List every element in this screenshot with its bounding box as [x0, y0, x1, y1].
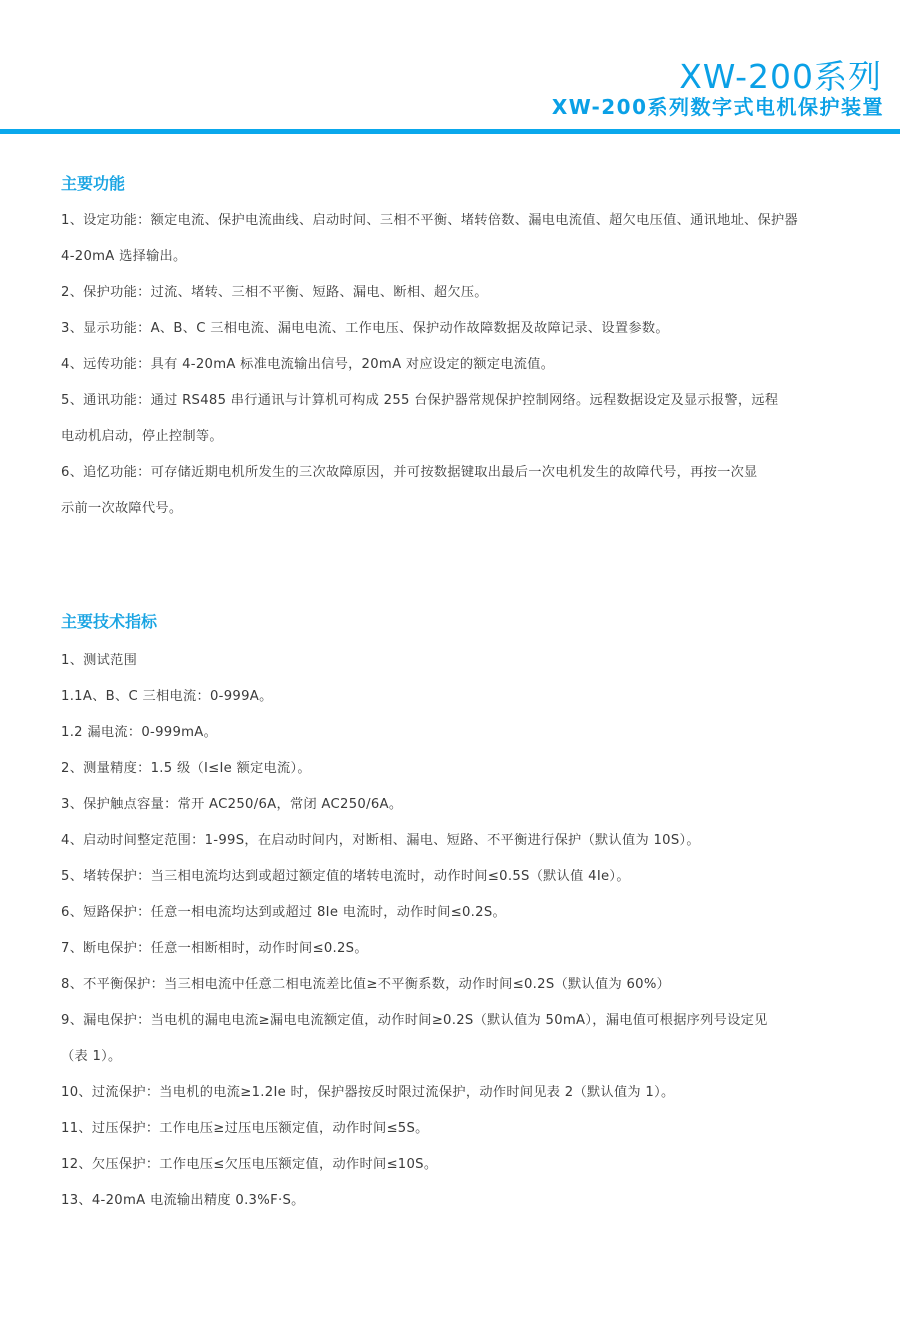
spec-line: （表 1）。 — [61, 1039, 887, 1075]
spec-line: 7、断电保护：任意一相断相时，动作时间≤0.2S。 — [61, 931, 887, 967]
product-subtitle: XW-200系列数字式电机保护装置 — [552, 94, 884, 120]
spec-line: 2、测量精度：1.5 级（I≤Ie 额定电流）。 — [61, 751, 887, 787]
section-title-functions: 主要功能 — [61, 173, 125, 195]
spec-line: 12、欠压保护：工作电压≤欠压电压额定值，动作时间≤10S。 — [61, 1147, 887, 1183]
spec-line: 4、启动时间整定范围：1-99S，在启动时间内，对断相、漏电、短路、不平衡进行保… — [61, 823, 887, 859]
text-line: 4-20mA 选择输出。 — [61, 239, 887, 275]
section-title-specs: 主要技术指标 — [61, 611, 157, 633]
spec-line: 3、保护触点容量：常开 AC250/6A，常闭 AC250/6A。 — [61, 787, 887, 823]
spec-line: 1.1A、B、C 三相电流：0-999A。 — [61, 679, 887, 715]
specs-text: 1、测试范围 1.1A、B、C 三相电流：0-999A。 1.2 漏电流：0-9… — [61, 643, 887, 1219]
text-line: 3、显示功能：A、B、C 三相电流、漏电电流、工作电压、保护动作故障数据及故障记… — [61, 311, 887, 347]
spec-line: 11、过压保护：工作电压≥过压电压额定值，动作时间≤5S。 — [61, 1111, 887, 1147]
functions-text: 1、设定功能：额定电流、保护电流曲线、启动时间、三相不平衡、堵转倍数、漏电电流值… — [61, 203, 887, 527]
text-line: 2、保护功能：过流、堵转、三相不平衡、短路、漏电、断相、超欠压。 — [61, 275, 887, 311]
spec-line: 5、堵转保护：当三相电流均达到或超过额定值的堵转电流时，动作时间≤0.5S（默认… — [61, 859, 887, 895]
spec-line: 1、测试范围 — [61, 643, 887, 679]
text-line: 6、追忆功能：可存储近期电机所发生的三次故障原因，并可按数据键取出最后一次电机发… — [61, 455, 887, 491]
text-line: 4、远传功能：具有 4-20mA 标准电流输出信号，20mA 对应设定的额定电流… — [61, 347, 887, 383]
spec-line: 13、4-20mA 电流输出精度 0.3%F·S。 — [61, 1183, 887, 1219]
text-line: 示前一次故障代号。 — [61, 491, 887, 527]
series-title: XW-200系列 — [679, 58, 882, 96]
spec-line: 10、过流保护：当电机的电流≥1.2Ie 时，保护器按反时限过流保护，动作时间见… — [61, 1075, 887, 1111]
spec-line: 9、漏电保护：当电机的漏电电流≥漏电电流额定值，动作时间≥0.2S（默认值为 5… — [61, 1003, 887, 1039]
spec-line: 8、不平衡保护：当三相电流中任意二相电流差比值≥不平衡系数，动作时间≤0.2S（… — [61, 967, 887, 1003]
spec-line: 1.2 漏电流：0-999mA。 — [61, 715, 887, 751]
spec-line: 6、短路保护：任意一相电流均达到或超过 8Ie 电流时，动作时间≤0.2S。 — [61, 895, 887, 931]
header-divider — [0, 129, 900, 134]
text-line: 1、设定功能：额定电流、保护电流曲线、启动时间、三相不平衡、堵转倍数、漏电电流值… — [61, 203, 887, 239]
text-line: 电动机启动，停止控制等。 — [61, 419, 887, 455]
text-line: 5、通讯功能：通过 RS485 串行通讯与计算机可构成 255 台保护器常规保护… — [61, 383, 887, 419]
